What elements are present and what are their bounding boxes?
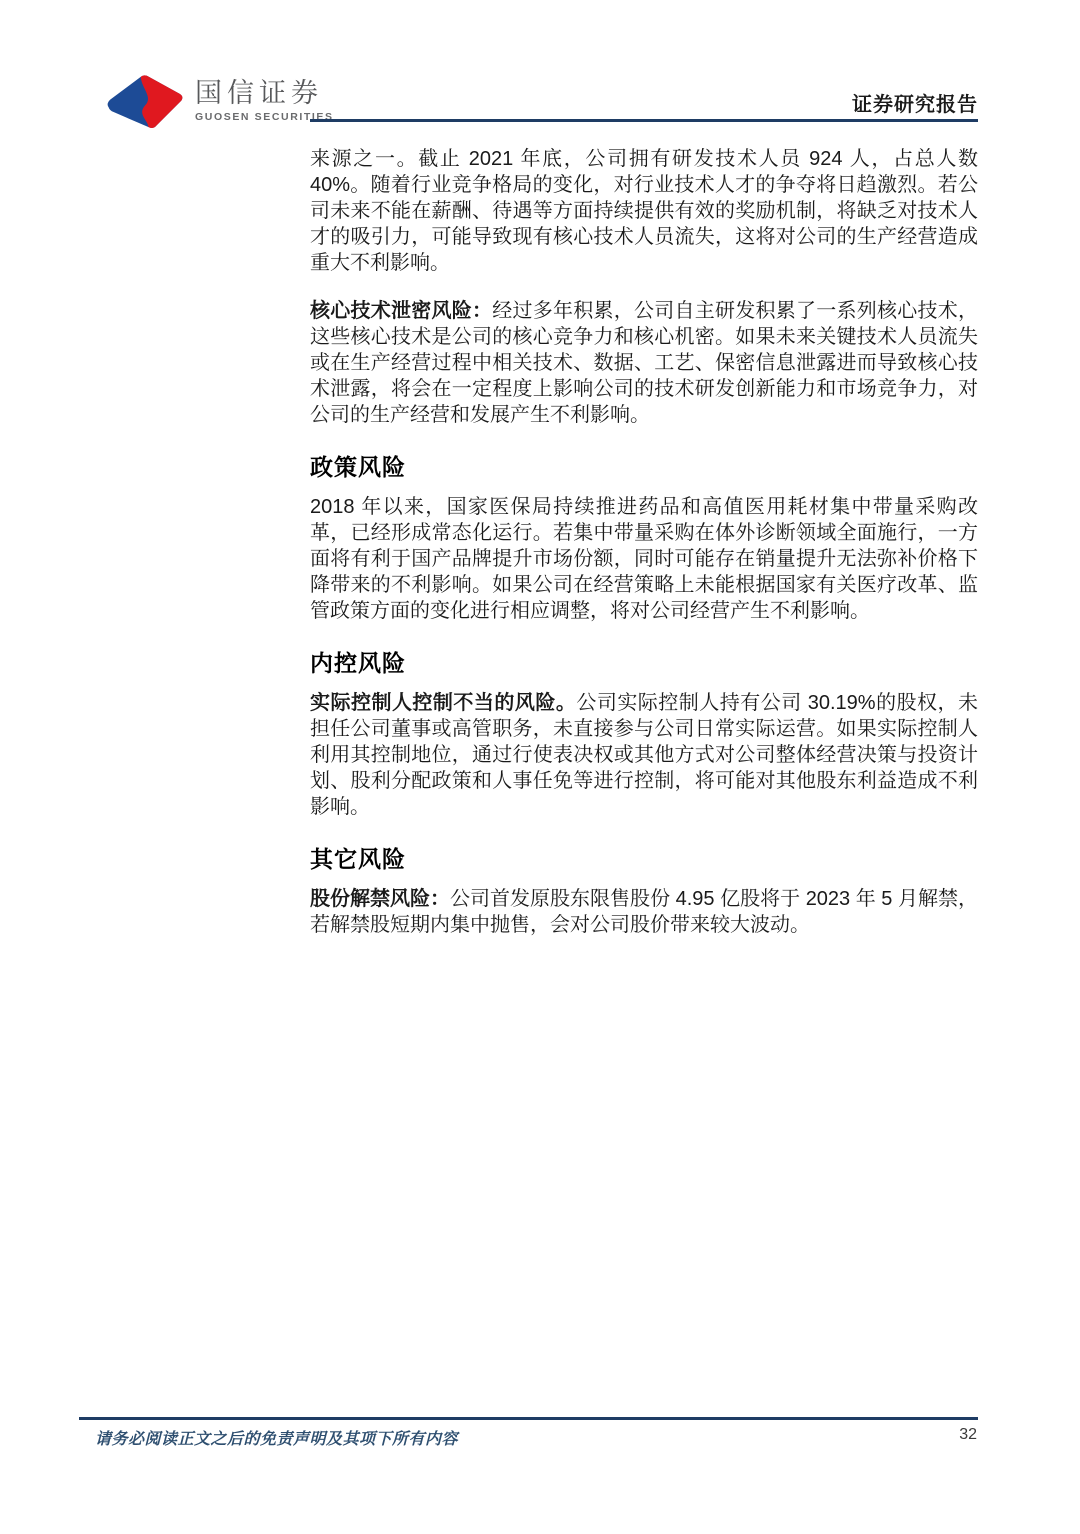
- report-body: 来源之一。截止 2021 年底，公司拥有研发技术人员 924 人，占总人数 40…: [310, 146, 978, 960]
- paragraph-lead-share-unlock: 股份解禁风险：: [310, 888, 450, 910]
- header-divider: [310, 119, 978, 122]
- guosen-logo-icon: [103, 74, 187, 132]
- brand-name-cn: 国信证券: [195, 79, 334, 107]
- section-title-other-risk: 其它风险: [310, 844, 978, 874]
- guosen-logo: 国信证券 GUOSEN SECURITIES: [103, 74, 334, 132]
- footer-disclaimer: 请务必阅读正文之后的免责声明及其项下所有内容: [95, 1426, 458, 1449]
- section-title-policy-risk: 政策风险: [310, 452, 978, 482]
- paragraph-talent-risk: 来源之一。截止 2021 年底，公司拥有研发技术人员 924 人，占总人数 40…: [310, 146, 978, 276]
- paragraph-tech-leak-risk: 核心技术泄密风险：经过多年积累，公司自主研发积累了一系列核心技术，这些核心技术是…: [310, 298, 978, 428]
- paragraph-internal-control-risk: 实际控制人控制不当的风险。公司实际控制人持有公司 30.19%的股权，未担任公司…: [310, 690, 978, 820]
- paragraph-share-unlock-risk: 股份解禁风险：公司首发原股东限售股份 4.95 亿股将于 2023 年 5 月解…: [310, 886, 978, 938]
- report-type-label: 证券研究报告: [852, 88, 978, 117]
- paragraph-lead-controller: 实际控制人控制不当的风险。: [310, 692, 576, 714]
- footer-divider: [79, 1417, 978, 1420]
- paragraph-policy-risk: 2018 年以来，国家医保局持续推进药品和高值医用耗材集中带量采购改革，已经形成…: [310, 494, 978, 624]
- section-title-internal-control-risk: 内控风险: [310, 648, 978, 678]
- report-page: 国信证券 GUOSEN SECURITIES 证券研究报告 来源之一。截止 20…: [0, 0, 1080, 1534]
- page-number: 32: [959, 1426, 977, 1444]
- logo-text: 国信证券 GUOSEN SECURITIES: [195, 74, 334, 123]
- paragraph-lead-tech-leak: 核心技术泄密风险：: [310, 300, 492, 322]
